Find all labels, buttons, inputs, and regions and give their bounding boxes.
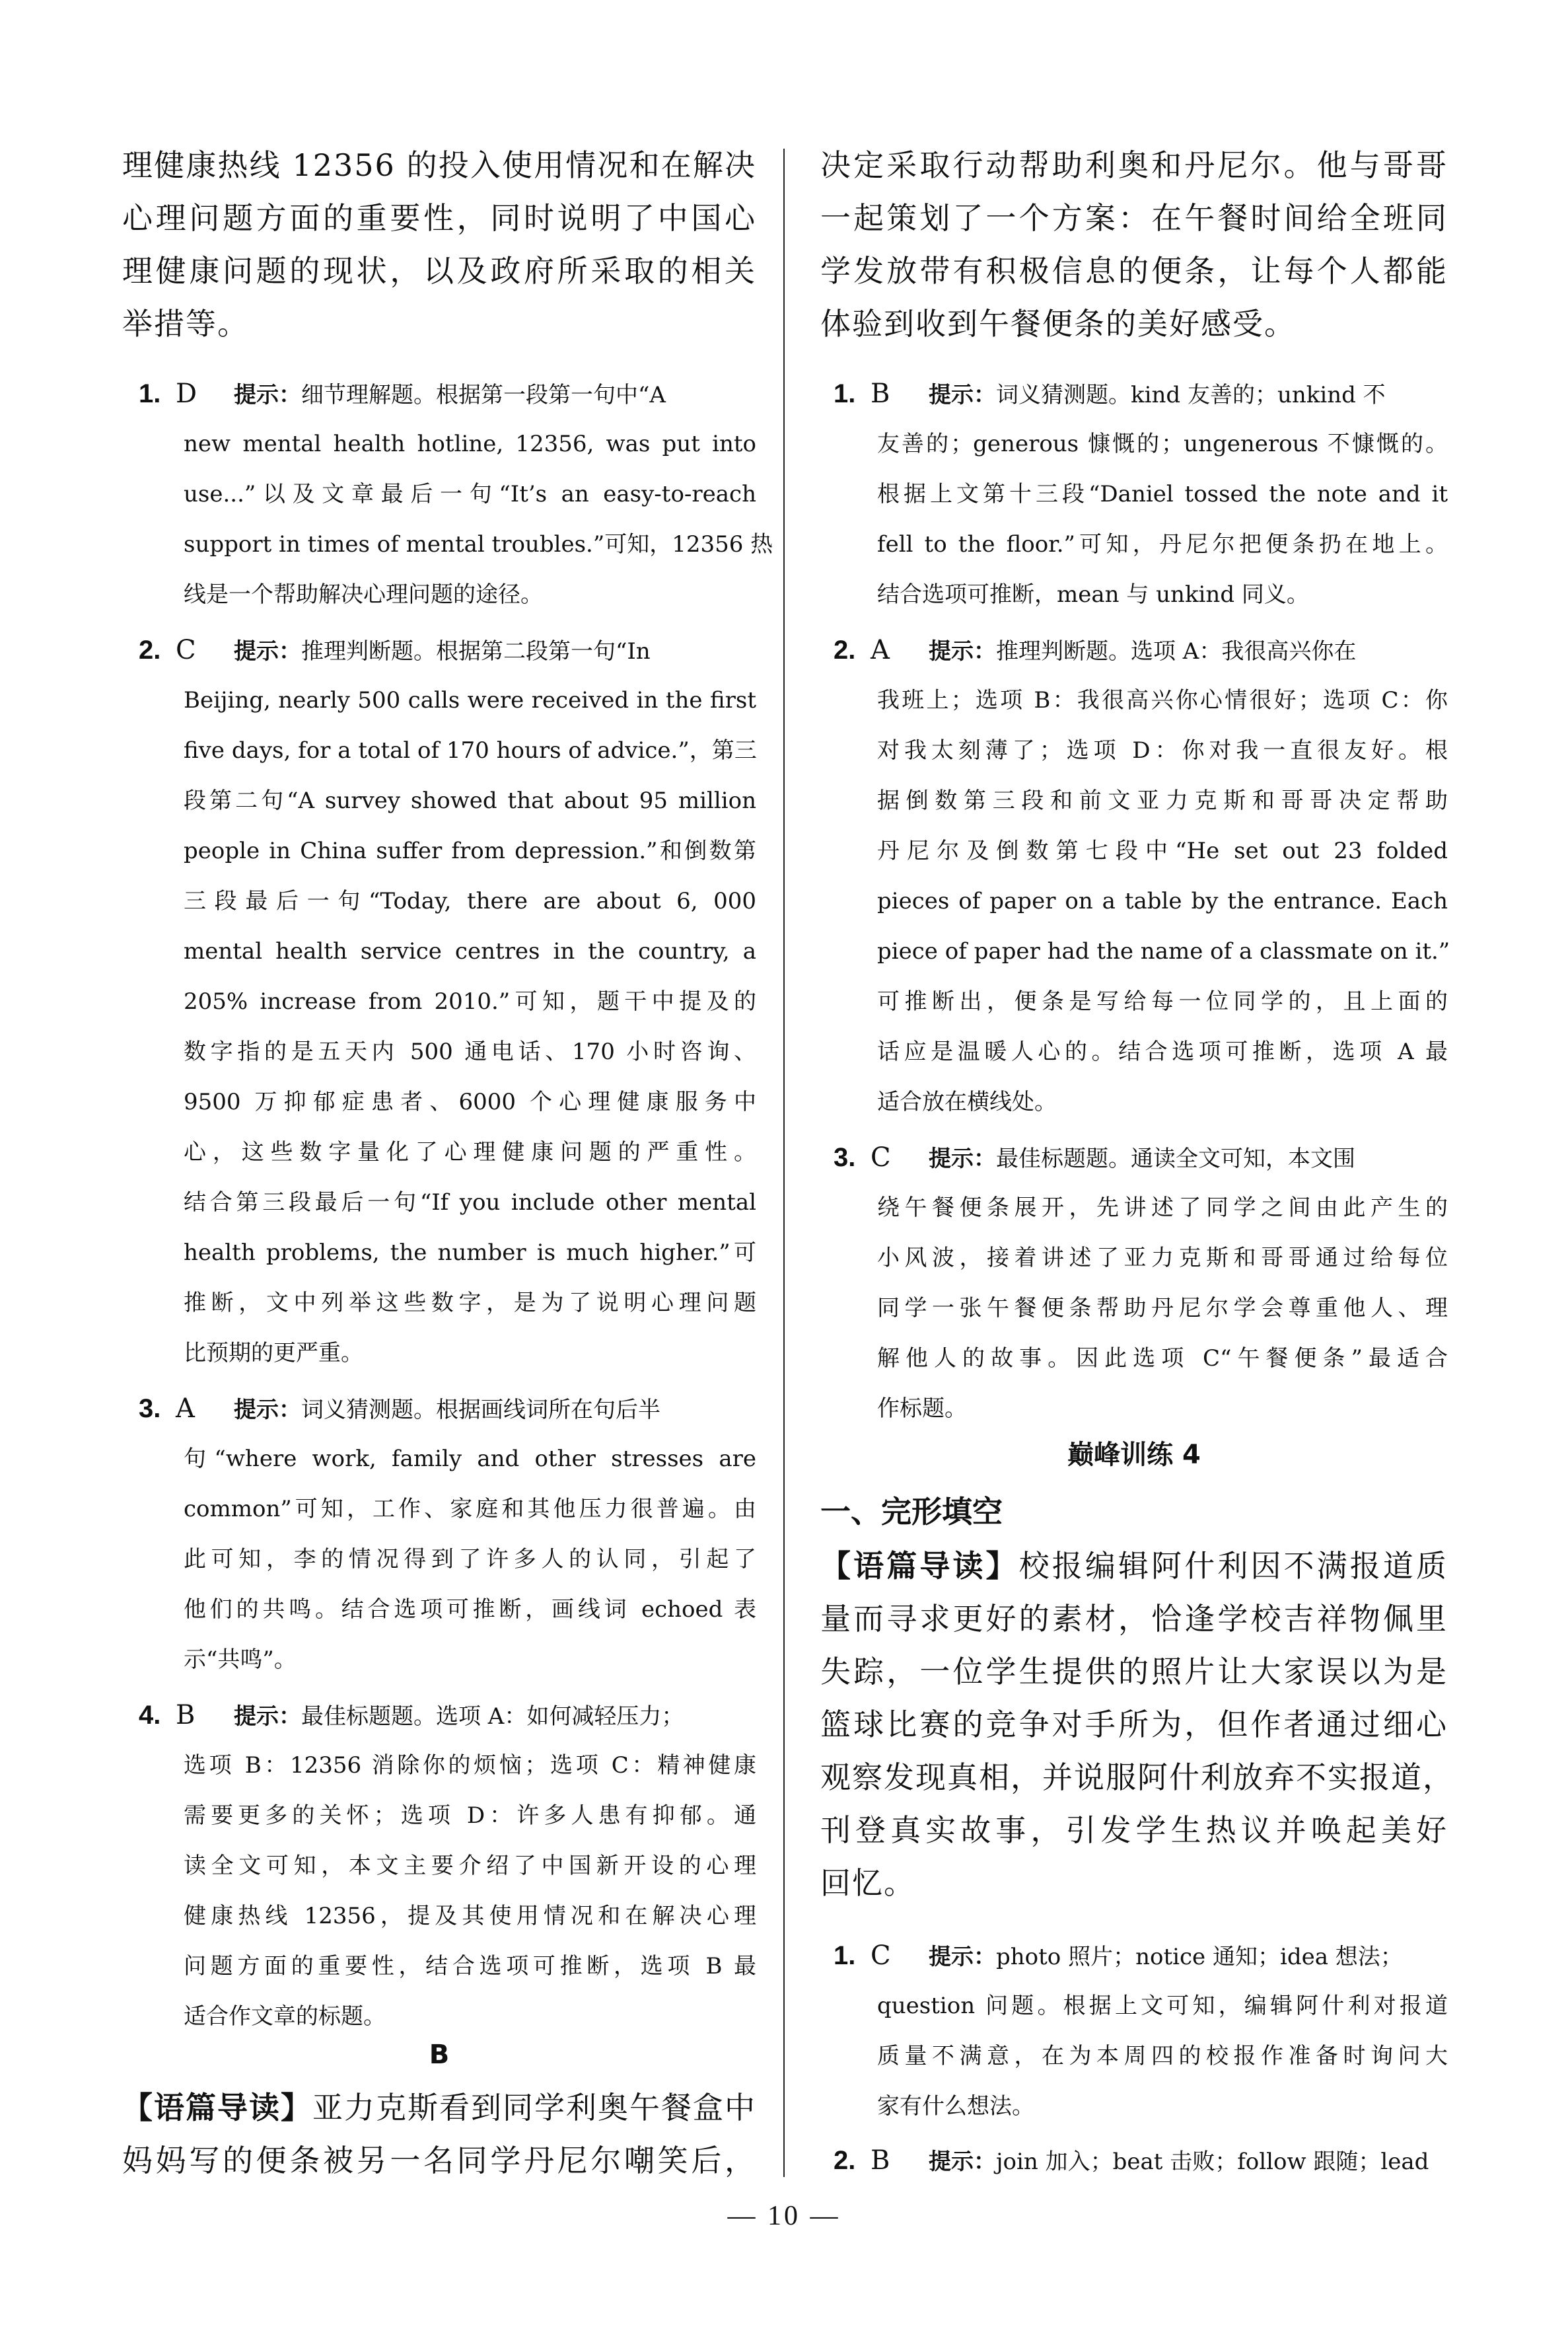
- answer-number: 2.: [834, 2135, 871, 2186]
- text-line: 心，这些数字量化了心理健康问题的严重性。: [184, 1127, 756, 1177]
- text-line: 推断，文中列举这些数字，是为了说明心理问题: [184, 1278, 756, 1328]
- text-line: question 问题。根据上文可知，编辑阿什利对报道: [877, 1981, 1448, 2031]
- answer-letter: C: [176, 625, 234, 675]
- hint-label: 提示：: [234, 638, 301, 665]
- hint-text: 词义猜测题。kind 友善的；unkind 不: [996, 382, 1386, 408]
- text-line: 对我太刻薄了；选项 D：你对我一直很友好。根: [877, 725, 1448, 776]
- hint-label: 提示：: [929, 1146, 996, 1172]
- text-line: 读全文可知，本文主要介绍了中国新开设的心理: [184, 1841, 756, 1891]
- text-line: 心理问题方面的重要性，同时说明了中国心: [122, 192, 756, 244]
- hint-label: 提示：: [234, 1397, 301, 1423]
- text-line: 段第二句“A survey showed that about 95 milli…: [184, 776, 756, 826]
- hint-text: 词义猜测题。根据画线词所在句后半: [301, 1397, 660, 1423]
- text-line: use...”以及文章最后一句“It’s an easy-to-reach: [184, 469, 756, 519]
- text-line: 体验到收到午餐便条的美好感受。: [820, 297, 1448, 350]
- guide-text: 亚力克斯看到同学利奥午餐盒中: [312, 2090, 756, 2125]
- text-line: 根据上文第十三段“Daniel tossed the note and it: [877, 469, 1448, 519]
- answer-head: 3.C提示：最佳标题题。通读全文可知，本文围: [834, 1132, 1448, 1183]
- hint-text: 最佳标题题。通读全文可知，本文围: [996, 1146, 1355, 1172]
- answer-letter: B: [176, 1690, 234, 1740]
- hint-label: 提示：: [929, 638, 996, 665]
- guide-line: 【语篇导读】校报编辑阿什利因不满报道质: [820, 1539, 1448, 1592]
- answer-number: 2.: [139, 625, 176, 675]
- section-title: B: [122, 2028, 756, 2081]
- text-line: 话应是温暖人心的。结合选项可推断，选项 A 最: [877, 1027, 1448, 1077]
- text-line: people in China suffer from depression.”…: [184, 826, 756, 876]
- text-line: 据倒数第三段和前文亚力克斯和哥哥决定帮助: [877, 776, 1448, 826]
- text-line: 作标题。: [877, 1384, 1448, 1434]
- hint-text: 推理判断题。根据第二段第一句“In: [301, 638, 651, 665]
- answer-number: 1.: [834, 1931, 871, 1981]
- text-line: new mental health hotline, 12356, was pu…: [184, 419, 756, 469]
- hint-label: 提示：: [929, 1944, 996, 1970]
- answer-head: 2.A提示：推理判断题。选项 A：我很高兴你在: [834, 625, 1448, 675]
- text-line: 学发放带有积极信息的便条，让每个人都能: [820, 244, 1448, 297]
- answer-head: 1.C提示：photo 照片；notice 通知；idea 想法；: [834, 1931, 1448, 1981]
- training-title: 巅峰训练 4: [820, 1428, 1448, 1481]
- text-line: 9500 万抑郁症患者、6000 个心理健康服务中: [184, 1077, 756, 1127]
- text-line: 问题方面的重要性，结合选项可推断，选项 B 最: [184, 1941, 756, 1991]
- cloze-heading: 一、完形填空: [820, 1485, 1003, 1538]
- answer-letter: C: [871, 1132, 929, 1183]
- guide-line: 回忆。: [820, 1857, 1448, 1909]
- text-line: 线是一个帮助解决心理问题的途径。: [184, 570, 756, 620]
- text-line: 结合第三段最后一句“If you include other mental: [184, 1177, 756, 1228]
- answer-head: 4.B提示：最佳标题题。选项 A：如何减轻压力；: [139, 1690, 756, 1740]
- text-line: fell to the floor.”可知，丹尼尔把便条扔在地上。: [877, 519, 1448, 570]
- text-line: 适合放在横线处。: [877, 1077, 1448, 1127]
- text-line: 需要更多的关怀；选项 D：许多人患有抑郁。通: [184, 1790, 756, 1841]
- text-line: 三段最后一句“Today, there are about 6, 000: [184, 876, 756, 926]
- hint-label: 提示：: [234, 382, 301, 408]
- answer-letter: A: [871, 625, 929, 675]
- answer-letter: B: [871, 369, 929, 419]
- hint-text: 推理判断题。选项 A：我很高兴你在: [996, 638, 1356, 665]
- hint-label: 提示：: [929, 2149, 996, 2175]
- guide-line: 失踪，一位学生提供的照片让大家误以为是: [820, 1645, 1448, 1698]
- guide-line: 【语篇导读】亚力克斯看到同学利奥午餐盒中: [122, 2081, 756, 2134]
- hint-text: 细节理解题。根据第一段第一句中“A: [301, 382, 666, 408]
- text-line: 小风波，接着讲述了亚力克斯和哥哥通过给每位: [877, 1233, 1448, 1283]
- hint-label: 提示：: [234, 1703, 301, 1730]
- answer-letter: C: [871, 1931, 929, 1981]
- answer-number: 3.: [139, 1384, 176, 1434]
- answer-head: 2.C提示：推理判断题。根据第二段第一句“In: [139, 625, 756, 675]
- answer-head: 1.B提示：词义猜测题。kind 友善的；unkind 不: [834, 369, 1448, 419]
- hint-text: join 加入；beat 击败；follow 跟随；lead: [996, 2149, 1429, 2175]
- text-line: Beijing, nearly 500 calls were received …: [184, 675, 756, 725]
- text-line: pieces of paper on a table by the entran…: [877, 876, 1448, 926]
- answer-number: 1.: [139, 369, 176, 419]
- text-line: 他们的共鸣。结合选项可推断，画线词 echoed 表: [184, 1584, 756, 1635]
- page-number: — 10 —: [0, 2200, 1568, 2232]
- text-line: mental health service centres in the cou…: [184, 926, 756, 977]
- text-line: 丹尼尔及倒数第七段中“He set out 23 folded: [877, 826, 1448, 876]
- text-line: 我班上；选项 B：我很高兴你心情很好；选项 C：你: [877, 675, 1448, 725]
- text-line: 理健康热线 12356 的投入使用情况和在解决: [122, 139, 756, 192]
- guide-text: 校报编辑阿什利因不满报道质: [1019, 1548, 1448, 1584]
- hint-text: 最佳标题题。选项 A：如何减轻压力；: [301, 1703, 684, 1730]
- text-line: 数字指的是五天内 500 通电话、170 小时咨询、: [184, 1027, 756, 1077]
- text-line: piece of paper had the name of a classma…: [877, 926, 1448, 977]
- text-line: 理健康问题的现状，以及政府所采取的相关: [122, 244, 756, 297]
- text-line: 举措等。: [122, 297, 756, 350]
- text-line: 结合选项可推断，mean 与 unkind 同义。: [877, 570, 1448, 620]
- text-line: 家有什么想法。: [877, 2081, 1448, 2131]
- text-line: 绕午餐便条展开，先讲述了同学之间由此产生的: [877, 1183, 1448, 1233]
- text-line: 一起策划了一个方案：在午餐时间给全班同: [820, 192, 1448, 244]
- text-line: 句“where work, family and other stresses …: [184, 1434, 756, 1484]
- hint-label: 提示：: [929, 382, 996, 408]
- hint-text: photo 照片；notice 通知；idea 想法；: [996, 1944, 1403, 1970]
- answer-number: 1.: [834, 369, 871, 419]
- text-line: 可推断出，便条是写给每一位同学的，且上面的: [877, 977, 1448, 1027]
- answer-head: 3.A提示：词义猜测题。根据画线词所在句后半: [139, 1384, 756, 1434]
- text-line: common”可知，工作、家庭和其他压力很普遍。由: [184, 1484, 756, 1534]
- text-line: support in times of mental troubles.”可知，…: [184, 519, 756, 570]
- guide-line: 刊登真实故事，引发学生热议并唤起美好: [820, 1804, 1448, 1857]
- text-line: health problems, the number is much high…: [184, 1228, 756, 1278]
- answer-letter: A: [176, 1384, 234, 1434]
- text-line: five days, for a total of 170 hours of a…: [184, 725, 756, 776]
- guide-tag: 【语篇导读】: [820, 1548, 1019, 1584]
- text-line: 205% increase from 2010.”可知，题干中提及的: [184, 977, 756, 1027]
- text-line: 友善的；generous 慷慨的；ungenerous 不慷慨的。: [877, 419, 1448, 469]
- text-line: 选项 B：12356 消除你的烦恼；选项 C：精神健康: [184, 1740, 756, 1790]
- answer-number: 2.: [834, 625, 871, 675]
- answer-letter: B: [871, 2135, 929, 2186]
- text-line: 同学一张午餐便条帮助丹尼尔学会尊重他人、理: [877, 1283, 1448, 1333]
- column-divider: [783, 149, 785, 2177]
- guide-line: 篮球比赛的竞争对手所为，但作者通过细心: [820, 1698, 1448, 1751]
- guide-line: 妈妈写的便条被另一名同学丹尼尔嘲笑后，: [122, 2134, 756, 2187]
- text-line: 示“共鸣”。: [184, 1635, 756, 1685]
- guide-line: 观察发现真相，并说服阿什利放弃不实报道，: [820, 1751, 1448, 1804]
- answer-number: 3.: [834, 1132, 871, 1183]
- guide-line: 量而寻求更好的素材，恰逢学校吉祥物佩里: [820, 1592, 1448, 1645]
- text-line: 比预期的更严重。: [184, 1328, 756, 1378]
- answer-letter: D: [176, 369, 234, 419]
- answer-head: 2.B提示：join 加入；beat 击败；follow 跟随；lead: [834, 2135, 1448, 2186]
- text-line: 质量不满意，在为本周四的校报作准备时询问大: [877, 2031, 1448, 2081]
- text-line: 解他人的故事。因此选项 C“午餐便条”最适合: [877, 1333, 1448, 1384]
- guide-tag: 【语篇导读】: [122, 2090, 312, 2125]
- text-line: 决定采取行动帮助利奥和丹尼尔。他与哥哥: [820, 139, 1448, 192]
- text-line: 此可知，李的情况得到了许多人的认同，引起了: [184, 1534, 756, 1584]
- answer-number: 4.: [139, 1690, 176, 1740]
- text-line: 健康热线 12356，提及其使用情况和在解决心理: [184, 1891, 756, 1941]
- answer-head: 1.D提示：细节理解题。根据第一段第一句中“A: [139, 369, 756, 419]
